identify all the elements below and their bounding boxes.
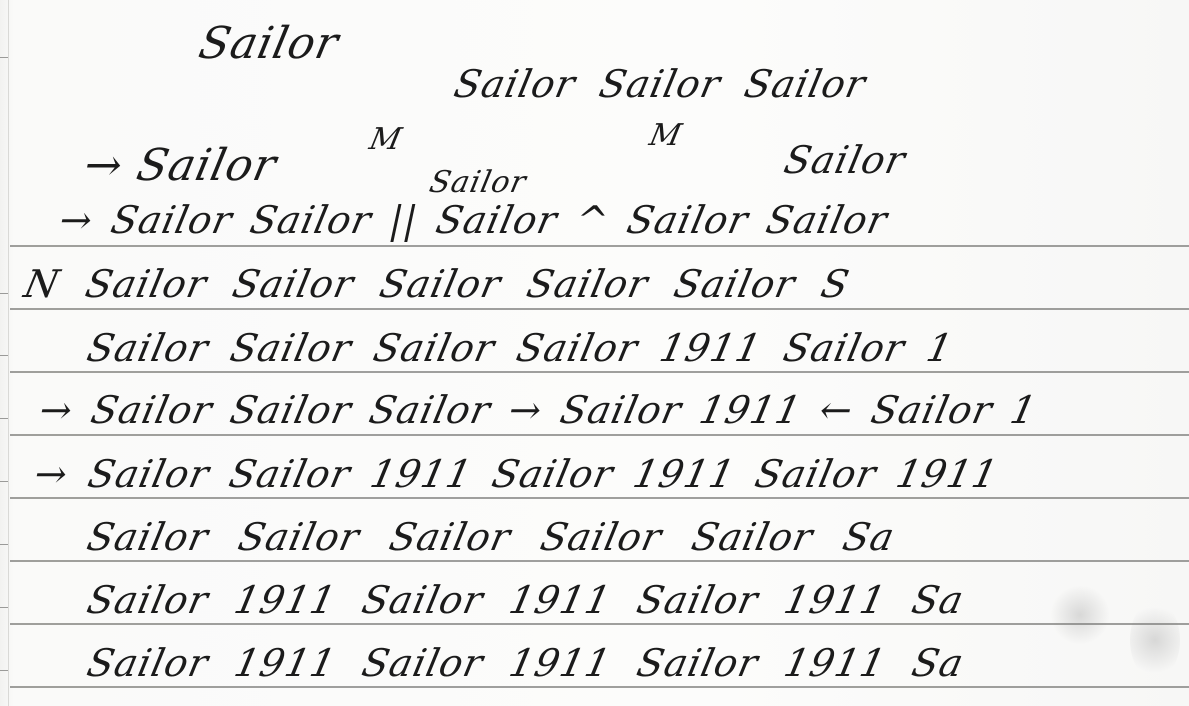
margin-tick <box>0 544 8 545</box>
handwriting-line: Sailor Sailor Sailor <box>450 62 870 106</box>
handwriting-line: Sailor 1911 Sailor 1911 Sailor 1911 Sa <box>83 641 968 685</box>
ruled-line <box>10 497 1189 499</box>
handwriting-line: M <box>646 118 685 153</box>
handwriting-line: Sailor <box>426 165 529 200</box>
handwriting-line: Sailor Sailor Sailor Sailor Sailor Sa <box>83 515 899 559</box>
margin-tick <box>0 418 8 419</box>
handwriting-line: Sailor <box>195 18 344 69</box>
margin-tick <box>0 481 8 482</box>
handwriting-line: N Sailor Sailor Sailor Sailor Sailor S <box>20 262 853 306</box>
handwriting-line: → Sailor Sailor || Sailor ^ Sailor Sailo… <box>55 198 891 242</box>
margin-tick <box>0 355 8 356</box>
ruled-line <box>10 245 1189 247</box>
handwriting-line: → Sailor Sailor Sailor → Sailor 1911 ← S… <box>35 388 1041 432</box>
ruled-line <box>10 308 1189 310</box>
handwriting-line: Sailor 1911 Sailor 1911 Sailor 1911 Sa <box>83 578 968 622</box>
margin-tick <box>0 57 8 58</box>
ruled-line <box>10 686 1189 688</box>
margin-tick <box>0 670 8 671</box>
ruled-line <box>10 560 1189 562</box>
handwriting-line: Sailor Sailor Sailor Sailor 1911 Sailor … <box>83 326 957 370</box>
ruled-line <box>10 434 1189 436</box>
handwriting-line: M <box>366 122 405 157</box>
handwriting-line: Sailor <box>780 138 909 182</box>
handwriting-line: → Sailor Sailor 1911 Sailor 1911 Sailor … <box>30 452 1002 496</box>
scanned-page: Sailor Sailor Sailor Sailor → Sailor M M… <box>0 0 1189 706</box>
ruled-line <box>10 371 1189 373</box>
margin-tick <box>0 607 8 608</box>
ink-smudge <box>1130 600 1180 680</box>
ruled-line <box>10 623 1189 625</box>
page-margin-edge <box>8 0 9 706</box>
margin-tick <box>0 293 8 294</box>
ink-smudge <box>1050 585 1110 645</box>
handwriting-line: → Sailor <box>80 140 282 191</box>
